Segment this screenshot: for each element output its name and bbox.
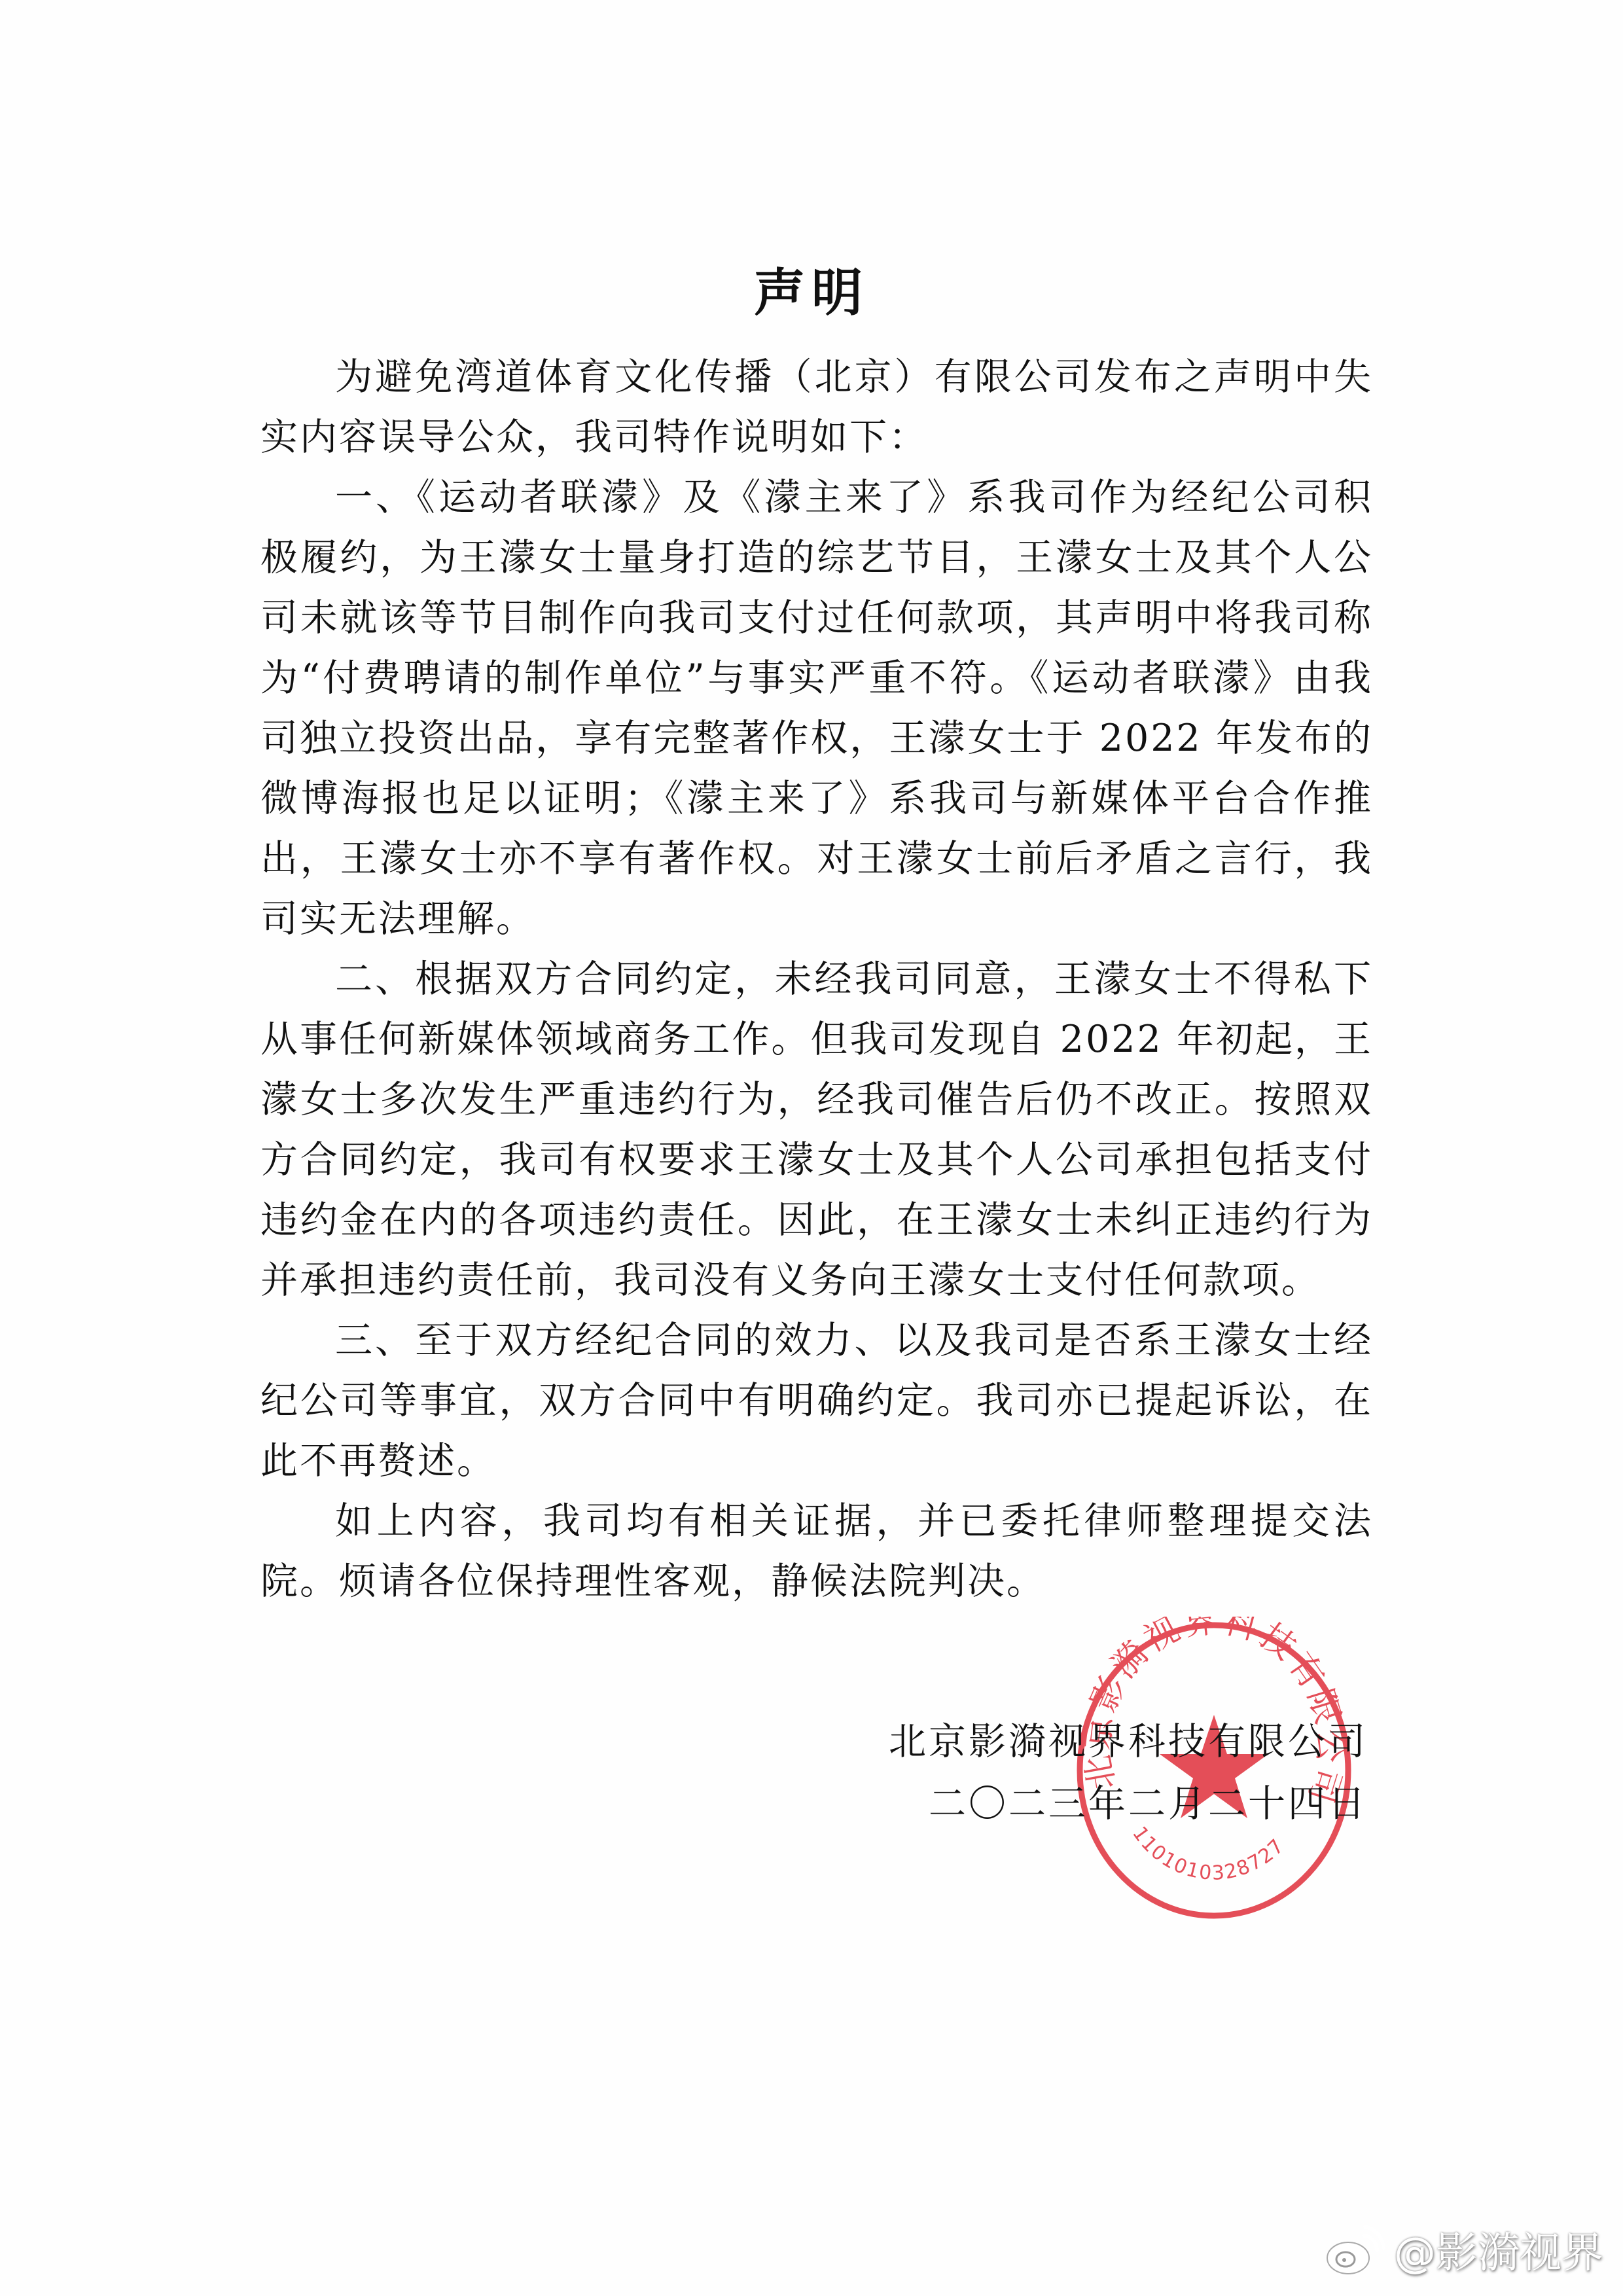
signature-company: 北京影漪视界科技有限公司 (889, 1712, 1368, 1772)
paragraph-point-2: 二、根据双方合同约定，未经我司同意，王濛女士不得私下从事任何新媒体领域商务工作。… (260, 949, 1373, 1310)
weibo-watermark: @影漪视界 (1325, 2219, 1603, 2280)
paragraph-point-1: 一、《运动者联濛》及《濛主来了》系我司作为经纪公司积极履约，为王濛女士量身打造的… (260, 467, 1373, 949)
paragraph-intro: 为避免湾道体育文化传播（北京）有限公司发布之声明中失实内容误导公众，我司特作说明… (260, 347, 1373, 467)
signature-date: 二〇二三年二月二十四日 (929, 1774, 1368, 1834)
watermark-handle: @影漪视界 (1394, 2219, 1603, 2280)
document-page: 声明 为避免湾道体育文化传播（北京）有限公司发布之声明中失实内容误导公众，我司特… (0, 0, 1623, 2296)
paragraph-closing: 如上内容，我司均有相关证据，并已委托律师整理提交法院。烦请各位保持理性客观，静候… (260, 1491, 1373, 1611)
document-title: 声明 (0, 252, 1623, 325)
document-body: 为避免湾道体育文化传播（北京）有限公司发布之声明中失实内容误导公众，我司特作说明… (260, 347, 1373, 1611)
paragraph-point-3: 三、至于双方经纪合同的效力、以及我司是否系王濛女士经纪公司等事宜，双方合同中有明… (260, 1310, 1373, 1491)
weibo-icon (1325, 2224, 1385, 2275)
